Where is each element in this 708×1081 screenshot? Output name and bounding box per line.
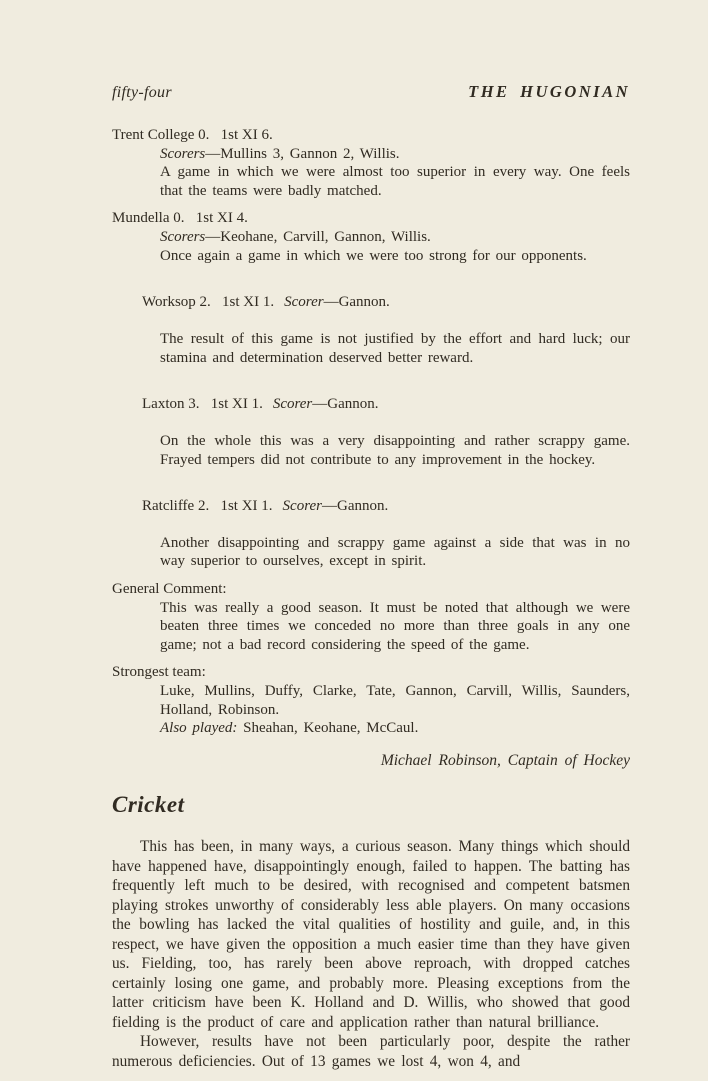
match-heading: Laxton 3. 1st XI 1.Scorer—Gannon.: [112, 376, 630, 432]
scorers-names: —Mullins 3, Gannon 2, Willis.: [205, 146, 399, 162]
match-report-worksop: Worksop 2. 1st XI 1.Scorer—Gannon. The r…: [112, 274, 630, 367]
page-number: fifty-four: [112, 84, 172, 102]
match-comment: Once again a game in which we were too s…: [160, 247, 630, 266]
match-comment: The result of this game is not justified…: [160, 330, 630, 367]
match-report-laxton: Laxton 3. 1st XI 1.Scorer—Gannon. On the…: [112, 376, 630, 469]
match-report-trent-college: Trent College 0. 1st XI 6. Scorers—Mulli…: [112, 126, 630, 200]
match-comment: A game in which we were almost too super…: [160, 163, 630, 200]
match-scorers: Scorers—Mullins 3, Gannon 2, Willis.: [160, 145, 630, 164]
scorer-name: —Gannon.: [312, 396, 378, 412]
match-comment: Another disappointing and scrappy game a…: [160, 534, 630, 571]
scorers-label: Scorers: [160, 229, 205, 245]
scorers-names: —Keohane, Carvill, Gannon, Willis.: [205, 229, 431, 245]
match-comment: On the whole this was a very disappointi…: [160, 432, 630, 469]
general-comment-heading: General Comment:: [112, 580, 630, 599]
scorer-label: Scorer: [283, 498, 322, 514]
match-scorers: Scorers—Keohane, Carvill, Gannon, Willis…: [160, 228, 630, 247]
match-score: Ratcliffe 2. 1st XI 1.: [142, 498, 273, 514]
also-played-names: Sheahan, Keohane, McCaul.: [237, 720, 418, 736]
magazine-title: THE HUGONIAN: [468, 82, 630, 102]
scorer-label: Scorer: [273, 396, 312, 412]
match-report-mundella: Mundella 0. 1st XI 4. Scorers—Keohane, C…: [112, 209, 630, 265]
page-content: Trent College 0. 1st XI 6. Scorers—Mulli…: [112, 126, 630, 1071]
magazine-page: fifty-four THE HUGONIAN Trent College 0.…: [0, 0, 708, 1081]
page-header: fifty-four THE HUGONIAN: [112, 82, 630, 102]
match-heading: Worksop 2. 1st XI 1.Scorer—Gannon.: [112, 274, 630, 330]
also-played-line: Also played: Sheahan, Keohane, McCaul.: [160, 719, 630, 738]
match-score: Laxton 3. 1st XI 1.: [142, 396, 263, 412]
hockey-captain-signature: Michael Robinson, Captain of Hockey: [112, 752, 630, 771]
cricket-paragraph-1: This has been, in many ways, a curious s…: [112, 837, 630, 1032]
scorer-name: —Gannon.: [322, 498, 388, 514]
also-played-label: Also played:: [160, 720, 237, 736]
match-heading: Mundella 0. 1st XI 4.: [112, 209, 630, 228]
general-comment-section: General Comment: This was really a good …: [112, 580, 630, 654]
cricket-section-heading: Cricket: [112, 796, 630, 815]
cricket-paragraph-2: However, results have not been particula…: [112, 1032, 630, 1071]
match-score: Worksop 2. 1st XI 1.: [142, 294, 274, 310]
strongest-team-players: Luke, Mullins, Duffy, Clarke, Tate, Gann…: [160, 682, 630, 719]
strongest-team-section: Strongest team: Luke, Mullins, Duffy, Cl…: [112, 663, 630, 737]
match-heading: Ratcliffe 2. 1st XI 1.Scorer—Gannon.: [112, 478, 630, 534]
general-comment-body: This was really a good season. It must b…: [160, 599, 630, 655]
scorer-name: —Gannon.: [324, 294, 390, 310]
scorer-label: Scorer: [284, 294, 323, 310]
match-report-ratcliffe: Ratcliffe 2. 1st XI 1.Scorer—Gannon. Ano…: [112, 478, 630, 571]
strongest-team-heading: Strongest team:: [112, 663, 630, 682]
match-heading: Trent College 0. 1st XI 6.: [112, 126, 630, 145]
scorers-label: Scorers: [160, 146, 205, 162]
